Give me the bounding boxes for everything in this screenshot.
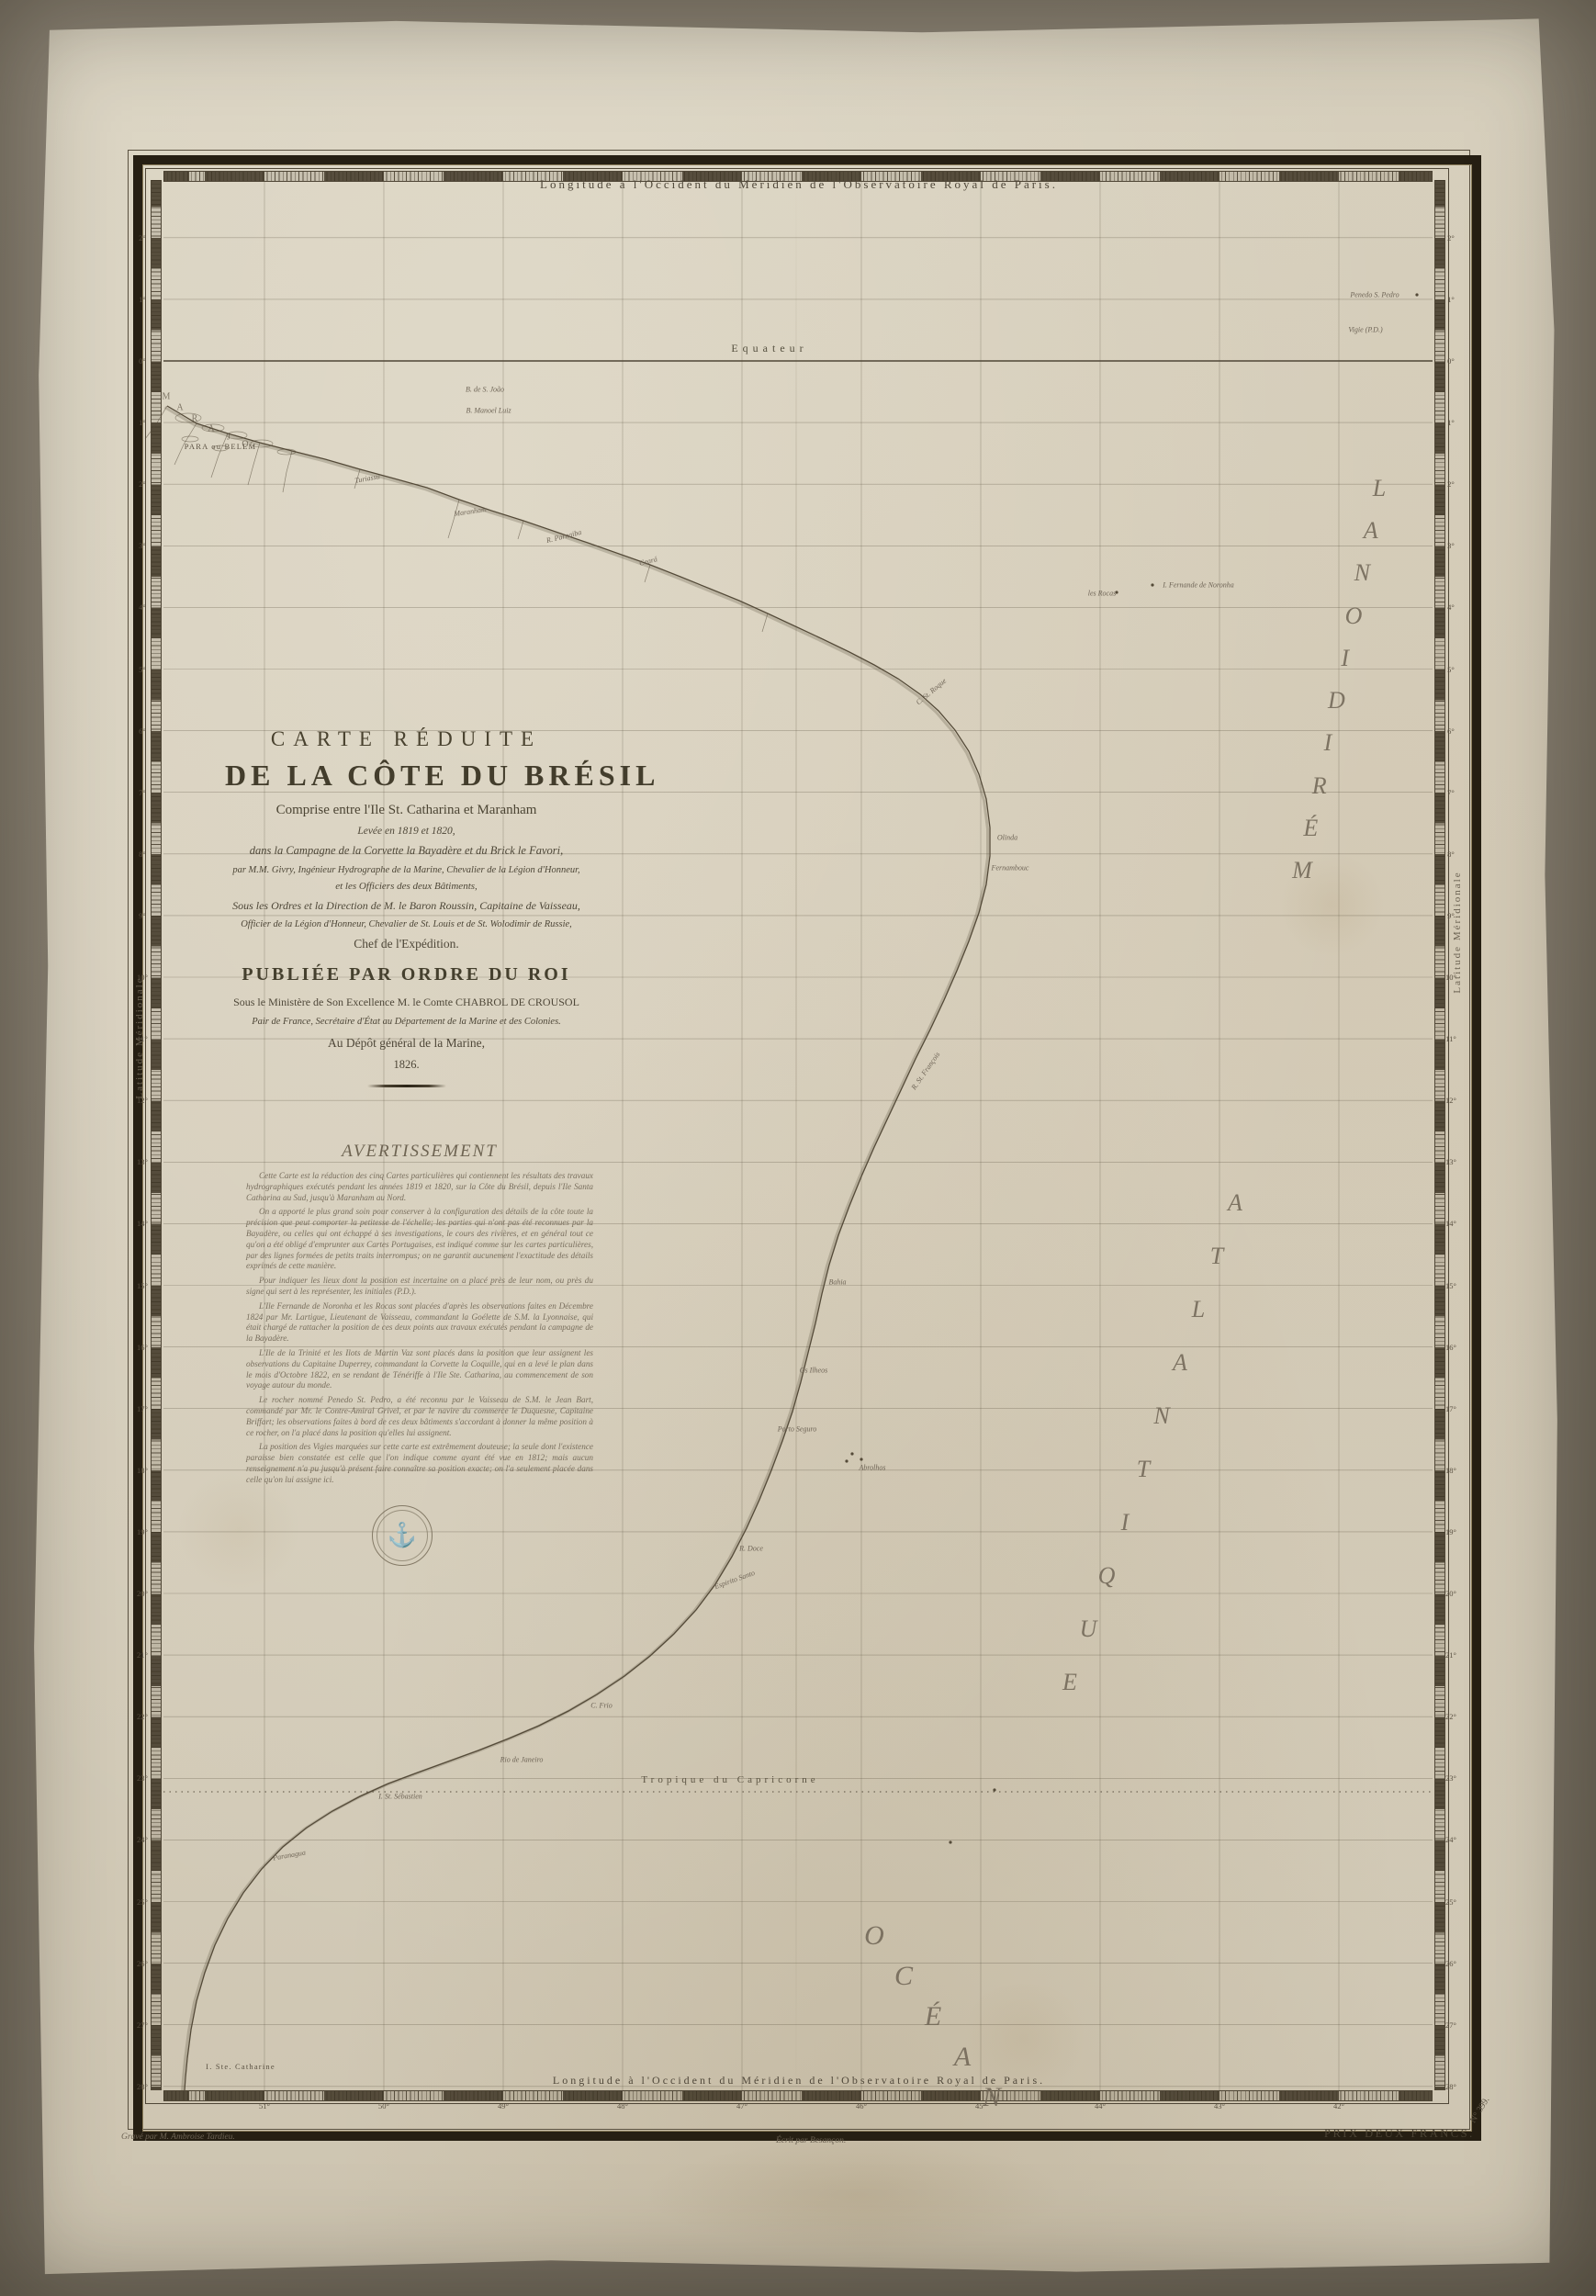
latitude-label: 21°	[1445, 1650, 1456, 1660]
engraver-credit: Gravé par M. Ambroise Tardieu.	[121, 2133, 235, 2142]
place-label: Penedo S. Pedro	[1350, 291, 1399, 299]
longitude-label: 43°	[1214, 2101, 1225, 2110]
campaign-line: dans la Campagne de la Corvette la Bayad…	[225, 844, 588, 858]
latitude-label: 6°	[1447, 726, 1455, 736]
latitude-label: 2°	[139, 233, 146, 242]
latitude-label: 7°	[139, 788, 146, 797]
latitude-label: 2°	[139, 479, 146, 489]
latitude-label: 18°	[137, 1466, 148, 1475]
longitude-label: 50°	[378, 2101, 389, 2110]
latitude-label: 16°	[1445, 1343, 1456, 1352]
latitude-label: 1°	[1447, 295, 1455, 304]
latitude-label: 24°	[137, 1835, 148, 1844]
place-label: I. St. Sébastien	[378, 1793, 422, 1801]
latitude-label: 21°	[137, 1650, 148, 1660]
ocean-name-letter: U	[1080, 1615, 1097, 1643]
place-label: B. de S. João	[466, 386, 504, 394]
ocean-name-letter: D	[1328, 687, 1345, 715]
latitude-label: 7°	[1447, 788, 1455, 797]
island-mark	[1151, 583, 1153, 586]
ocean-name-letter: A	[1228, 1189, 1242, 1217]
avertissement-paragraph: On a apporté le plus grand soin pour con…	[246, 1207, 593, 1272]
latitude-label: 4°	[139, 602, 146, 612]
latitude-label: 24°	[1445, 1835, 1456, 1844]
latitude-label: 1°	[1447, 418, 1455, 427]
latitude-label: 10°	[1445, 973, 1456, 982]
latitude-label: 27°	[1445, 2020, 1456, 2030]
ocean-name-letter: A	[954, 2042, 971, 2073]
marajo-island-letter: R	[192, 414, 198, 424]
latitude-label: 1°	[139, 295, 146, 304]
place-label: I. Ste. Catharine	[206, 2062, 275, 2071]
river-line	[448, 500, 459, 538]
officers-line: et les Officiers des deux Bâtiments,	[225, 881, 588, 892]
commander-line: Sous les Ordres et la Direction de M. le…	[225, 899, 588, 913]
latitude-label: 26°	[1445, 1959, 1456, 1968]
latitude-label: 3°	[139, 541, 146, 550]
ocean-name-letter: R	[1312, 772, 1327, 800]
avertissement-paragraph: Cette Carte est la réduction des cinq Ca…	[246, 1171, 593, 1203]
ocean-name-letter: N	[1153, 1402, 1169, 1430]
island-mark	[949, 1840, 951, 1843]
latitude-label: 14°	[1445, 1219, 1456, 1228]
place-label: Bahia	[828, 1278, 846, 1287]
year-line: 1826.	[225, 1058, 588, 1072]
avertissement-paragraph: Pour indiquer les lieux dont la position…	[246, 1276, 593, 1298]
avertissement-paragraph: L'Ile Fernande de Noronha et les Rocas s…	[246, 1301, 593, 1345]
place-label: C. Frio	[590, 1702, 613, 1710]
marajo-island-letter: A	[176, 403, 183, 413]
longitude-label: 48°	[617, 2101, 628, 2110]
ocean-name-letter: O	[864, 1920, 884, 1952]
island-mark	[1415, 293, 1418, 296]
place-label: I. Fernande de Noronha	[1163, 581, 1233, 590]
river-line	[283, 451, 292, 492]
ocean-name-letter: M	[1292, 857, 1312, 884]
price-label: PRIX DEUX FRANCS.	[1324, 2127, 1475, 2141]
ocean-name-letter: L	[1373, 475, 1386, 502]
latitude-label: 23°	[1445, 1773, 1456, 1783]
latitude-label: 5°	[139, 665, 146, 674]
latitude-label: 23°	[137, 1773, 148, 1783]
place-label: Os Ilheos	[800, 1367, 827, 1375]
ocean-name-letter: L	[1192, 1296, 1205, 1323]
latitude-label: 8°	[139, 850, 146, 859]
longitude-label: 47°	[736, 2101, 747, 2110]
letterer-credit: Écrit par Besançon.	[776, 2136, 846, 2145]
island-mark	[860, 1458, 862, 1460]
river-line	[211, 433, 228, 478]
avertissement-paragraph: Le rocher nommé Penedo St. Pedro, a été …	[246, 1395, 593, 1438]
marajo-island-letter: J	[227, 433, 230, 443]
latitude-label: 14°	[137, 1219, 148, 1228]
place-label: R. Doce	[739, 1545, 763, 1553]
cartouche-divider	[367, 1085, 446, 1087]
latitude-label: 8°	[1447, 850, 1455, 859]
avertissement-paragraph: L'Ile de la Trinité et les Ilots de Mart…	[246, 1348, 593, 1391]
latitude-label: 16°	[137, 1343, 148, 1352]
title-cartouche: CARTE RÉDUITE DE LA CÔTE DU BRÉSIL Compr…	[225, 727, 588, 1087]
longitude-label: 42°	[1333, 2101, 1344, 2110]
ocean-name-letter: C	[894, 1961, 913, 1992]
latitude-label: 12°	[1445, 1096, 1456, 1105]
latitude-label: 25°	[1445, 1897, 1456, 1907]
ocean-name-letter: E	[1062, 1669, 1077, 1696]
publication-line: PUBLIÉE PAR ORDRE DU ROI	[225, 964, 588, 985]
latitude-label: 28°	[1445, 2082, 1456, 2091]
ocean-name-letter: T	[1137, 1456, 1150, 1483]
island-mark	[845, 1459, 848, 1462]
marajo-island-letter: A	[208, 424, 214, 434]
latitude-label: 13°	[1445, 1157, 1456, 1166]
marajo-island-letter: M	[163, 392, 171, 402]
latitude-label: 22°	[1445, 1712, 1456, 1721]
ocean-name-letter: T	[1210, 1243, 1223, 1270]
latitude-label: 18°	[1445, 1466, 1456, 1475]
place-label: Fernambouc	[992, 864, 1029, 872]
hydrographer-line: par M.M. Givry, Ingénieur Hydrographe de…	[225, 865, 588, 875]
latitude-label: 2°	[1447, 233, 1455, 242]
latitude-label: 4°	[1447, 602, 1455, 612]
tropic-label: Tropique du Capricorne	[641, 1774, 818, 1785]
commander-honors-line: Officier de la Légion d'Honneur, Chevali…	[225, 919, 588, 929]
longitude-label: 46°	[856, 2101, 867, 2110]
island-mark	[993, 1788, 995, 1791]
avertissement-heading: AVERTISSEMENT	[246, 1142, 593, 1162]
anchor-icon: ⚓	[388, 1522, 417, 1549]
latitude-label: 22°	[137, 1712, 148, 1721]
longitude-label: 51°	[259, 2101, 270, 2110]
place-label: Porto Seguro	[778, 1425, 817, 1434]
ocean-name-letter: I	[1121, 1509, 1130, 1536]
ocean-name-letter: O	[1345, 602, 1363, 630]
latitude-label: 17°	[137, 1404, 148, 1413]
latitude-label: 3°	[1447, 541, 1455, 550]
place-label: B. Manoel Luiz	[466, 407, 511, 415]
latitude-label: 9°	[139, 911, 146, 920]
avertissement-block: AVERTISSEMENT Cette Carte est la réducti…	[246, 1142, 593, 1490]
latitude-label: 28°	[137, 2082, 148, 2091]
bottom-border-caption: Longitude à l'Occident du Méridien de l'…	[553, 2074, 1045, 2088]
latitude-label: 19°	[137, 1527, 148, 1536]
place-label: les Rocas	[1088, 590, 1116, 598]
ocean-name-letter: N	[983, 2082, 1001, 2113]
place-label: Rio de Janeiro	[500, 1756, 544, 1764]
latitude-label: 17°	[1445, 1404, 1456, 1413]
latitude-label: 27°	[137, 2020, 148, 2030]
longitude-label: 49°	[498, 2101, 509, 2110]
island-mark	[850, 1452, 853, 1455]
latitude-label: 26°	[137, 1959, 148, 1968]
place-label: Vigie (P.D.)	[1348, 326, 1382, 334]
river-line	[518, 521, 523, 539]
longitude-label: 44°	[1095, 2101, 1106, 2110]
latitude-label: 6°	[139, 726, 146, 736]
marine-depot-stamp: ⚓	[372, 1505, 433, 1566]
latitude-label: 11°	[137, 1034, 148, 1043]
marajo-island-letter: O	[242, 440, 248, 450]
latitude-label: 2°	[1447, 479, 1455, 489]
latitude-label: 19°	[1445, 1527, 1456, 1536]
latitude-label: 25°	[137, 1897, 148, 1907]
latitude-label: 9°	[1447, 911, 1455, 920]
ocean-name-letter: É	[1303, 815, 1318, 842]
latitude-label: 11°	[1445, 1034, 1456, 1043]
latitude-label: 20°	[137, 1589, 148, 1598]
chart-title-main: DE LA CÔTE DU BRÉSIL	[225, 759, 588, 793]
latitude-label: 13°	[137, 1157, 148, 1166]
chart-subtitle: Comprise entre l'Ile St. Catharina et Ma…	[225, 803, 588, 818]
survey-date-line: Levée en 1819 et 1820,	[225, 826, 588, 837]
latitude-label: 0°	[1447, 356, 1455, 366]
latitude-label: 1°	[139, 418, 146, 427]
ocean-name-letter: É	[925, 2001, 941, 2032]
depot-line: Au Dépôt général de la Marine,	[225, 1036, 588, 1051]
latitude-label: 12°	[137, 1096, 148, 1105]
latitude-label: 10°	[137, 973, 148, 982]
expedition-chief-line: Chef de l'Expédition.	[225, 937, 588, 951]
chart-title-line: CARTE RÉDUITE	[225, 727, 588, 751]
place-label: Olinda	[997, 834, 1017, 842]
top-border-caption: Longitude à l'Occident du Méridien de l'…	[540, 177, 1058, 192]
minister-titles-line: Pair de France, Secrétaire d'État au Dép…	[225, 1017, 588, 1027]
place-label: Abrolhos	[859, 1464, 885, 1472]
latitude-label: 0°	[139, 356, 146, 366]
latitude-label: 5°	[1447, 665, 1455, 674]
latitude-label: 20°	[1445, 1589, 1456, 1598]
ocean-name-letter: A	[1364, 517, 1378, 545]
latitude-label: 15°	[1445, 1281, 1456, 1290]
river-line	[762, 613, 768, 632]
equator-label: Equateur	[731, 342, 807, 355]
ocean-name-letter: N	[1354, 559, 1370, 587]
ocean-name-letter: I	[1341, 645, 1349, 672]
minister-line: Sous le Ministère de Son Excellence M. l…	[225, 996, 588, 1009]
avertissement-paragraph: La position des Vigies marquées sur cett…	[246, 1442, 593, 1485]
ocean-name-letter: Q	[1098, 1562, 1116, 1590]
photographed-chart: Longitude à l'Occident du Méridien de l'…	[0, 0, 1596, 2296]
latitude-label: 15°	[137, 1281, 148, 1290]
ocean-name-letter: A	[1173, 1349, 1187, 1377]
ocean-name-letter: I	[1324, 729, 1332, 757]
